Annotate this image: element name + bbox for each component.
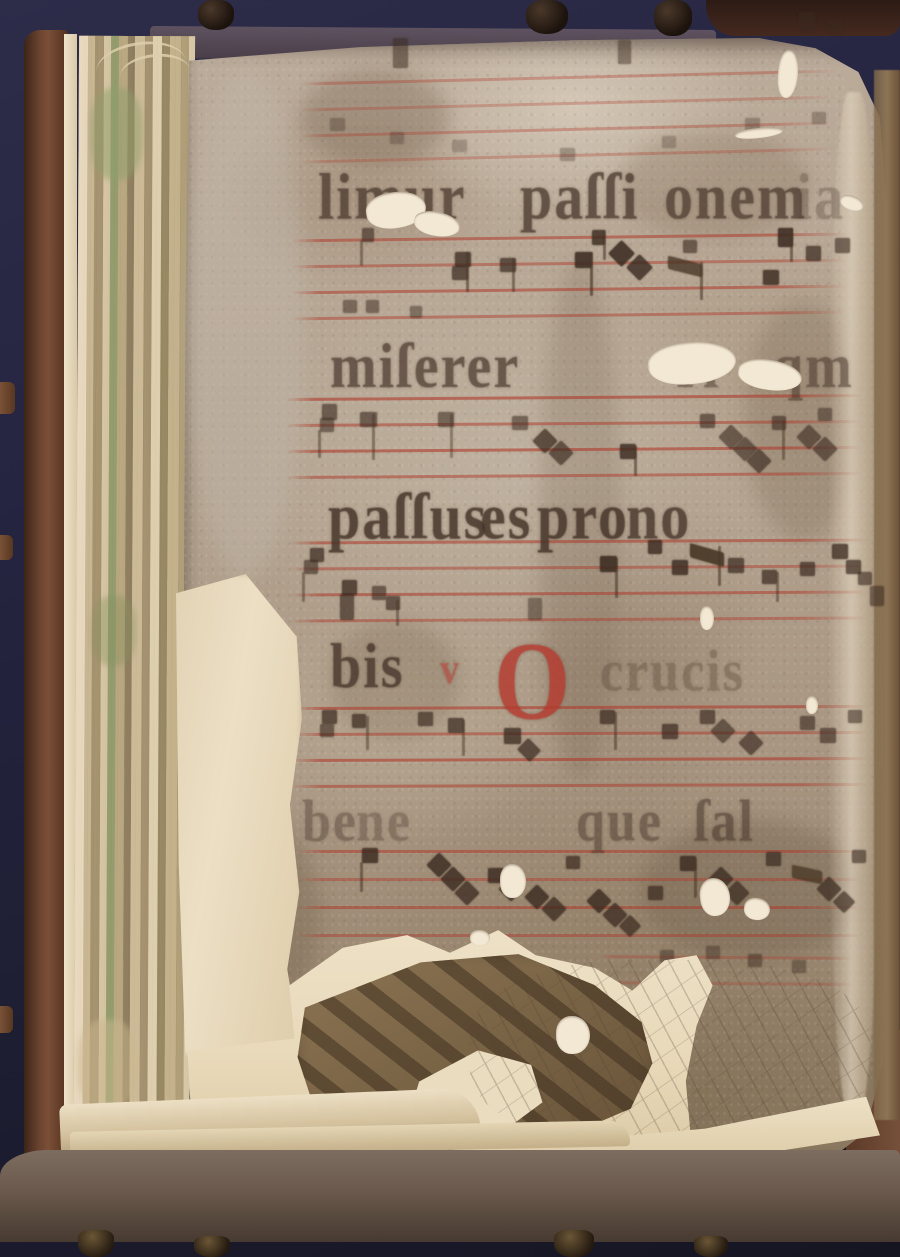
staff-line: [296, 878, 862, 881]
neume-stem: [718, 546, 721, 586]
neume-square: [618, 40, 631, 64]
parchment-hole: [806, 696, 818, 714]
neume-square: [700, 414, 715, 428]
staff-line: [296, 906, 862, 909]
neume-square: [672, 560, 688, 575]
photo-manuscript-book: limurpaſſionemiamiſererriqmpaſſusesprono…: [0, 0, 900, 1257]
binding-foot-bottom: [694, 1236, 728, 1257]
chant-word: que: [576, 788, 663, 855]
binding-foot-bottom: [554, 1230, 594, 1257]
neume-stem: [615, 558, 618, 598]
chant-word: miſerer: [330, 330, 520, 403]
chant-word: es: [480, 478, 532, 554]
neume-stem: [614, 712, 617, 750]
neume-stem: [590, 252, 593, 296]
chant-word: v: [440, 644, 461, 694]
neume-stem: [360, 240, 363, 266]
clasp-remnant-left: [0, 382, 15, 414]
chant-word: ia: [796, 158, 845, 234]
neume-square: [393, 38, 408, 68]
chant-word: paſſus: [328, 478, 488, 554]
neume-stem: [512, 258, 515, 292]
neume-square: [848, 710, 862, 723]
neume-square: [528, 598, 542, 620]
neume-square: [706, 946, 720, 959]
neume-square: [799, 12, 815, 30]
neume-square: [648, 886, 663, 900]
chant-word: ne: [356, 788, 412, 855]
neume-square: [852, 850, 866, 863]
neume-stem: [700, 262, 703, 300]
neume-square: [343, 300, 357, 313]
clasp-remnant-left: [0, 535, 13, 560]
neume-square: [342, 580, 357, 595]
neume-square: [372, 586, 386, 600]
neume-square: [870, 586, 884, 606]
neume-square: [322, 710, 337, 724]
neume-stem: [776, 572, 779, 602]
neume-square: [566, 856, 580, 869]
page-edge-tint-patch: [77, 1020, 137, 1110]
clasp-remnant-left: [0, 1006, 13, 1033]
neume-square: [320, 724, 334, 737]
neume-square: [366, 300, 379, 313]
neume-square: [662, 136, 676, 148]
staff-line: [296, 934, 862, 937]
neume-stem: [450, 414, 453, 458]
neume-stem: [603, 230, 606, 260]
chant-word: crucis: [600, 638, 745, 705]
neume-square: [858, 572, 872, 585]
neume-square: [700, 710, 715, 724]
neume-square: [352, 714, 366, 728]
neume-stem: [360, 862, 363, 892]
neume-square: [512, 416, 528, 430]
neume-square: [800, 716, 815, 730]
leather-cover-spine-left: [24, 30, 68, 1216]
neume-square: [600, 710, 615, 724]
neume-square: [452, 140, 467, 152]
chant-word: ſal: [694, 788, 755, 855]
neume-square: [762, 570, 777, 584]
binding-foot-bottom: [78, 1230, 114, 1257]
binding-boss-top: [526, 0, 568, 34]
binding-boss-top: [198, 0, 234, 30]
chant-word: no: [626, 478, 691, 554]
neume-stem: [466, 252, 469, 292]
parchment-hole: [500, 864, 526, 898]
neume-stem: [302, 572, 305, 602]
neume-square: [835, 238, 850, 253]
neume-stem: [634, 446, 637, 476]
neume-stem: [462, 720, 465, 756]
neume-square: [806, 246, 821, 261]
neume-square: [330, 118, 345, 131]
neume-square: [812, 112, 826, 124]
binding-boss-top: [654, 0, 692, 36]
neume-square: [800, 562, 815, 576]
neume-stem: [318, 430, 321, 458]
neume-square: [418, 712, 433, 726]
chant-word: bis: [330, 630, 405, 703]
parchment-hole: [556, 1016, 590, 1054]
neume-stem: [694, 858, 697, 898]
neume-square: [410, 306, 422, 318]
neume-square: [662, 724, 678, 739]
leather-cover-bottom: [0, 1150, 900, 1242]
neume-square: [828, 20, 842, 34]
page-edge-tint-patch: [92, 596, 136, 666]
parchment-hole: [700, 606, 714, 630]
neume-square: [683, 240, 697, 253]
chant-word: pro: [537, 478, 629, 554]
chant-word: paſſi: [520, 158, 640, 234]
binding-foot-bottom: [194, 1236, 230, 1257]
neume-square: [390, 132, 404, 144]
initial-letter: O: [494, 618, 572, 746]
neume-stem: [782, 420, 785, 460]
neume-square: [818, 408, 832, 421]
chant-word: onem: [664, 158, 807, 234]
page-edge-tint-patch: [90, 88, 142, 180]
chant-word: be: [302, 788, 358, 855]
neume-square: [820, 728, 836, 743]
neume-stem: [396, 600, 399, 626]
parchment-stain: [188, 70, 303, 580]
neume-square: [320, 418, 334, 432]
neume-square: [763, 270, 779, 285]
neume-stem: [372, 414, 375, 460]
parchment-hole: [470, 930, 490, 946]
neume-square: [766, 852, 781, 866]
neume-square: [304, 560, 318, 574]
neume-square: [340, 594, 354, 620]
neume-stem: [366, 716, 369, 750]
neume-square: [728, 558, 744, 573]
neume-square: [832, 544, 848, 559]
exposed-under-page-left: [172, 574, 306, 1056]
